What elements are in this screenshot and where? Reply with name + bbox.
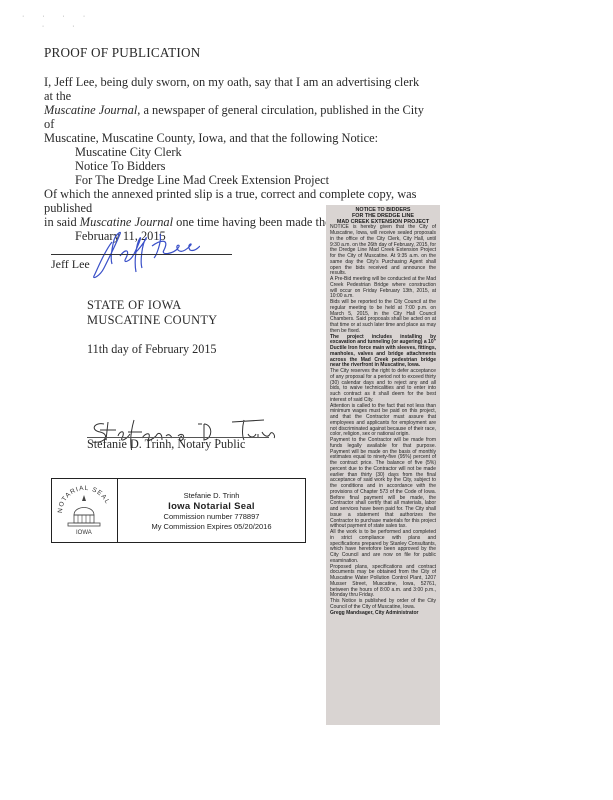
seal-expiration: My Commission Expires 05/20/2016: [118, 522, 305, 532]
affiant-signature-line: [51, 254, 232, 255]
county-name: MUSCATINE COUNTY: [87, 313, 217, 328]
notary-printed-name: Stefanie D. Trinh, Notary Public: [87, 437, 245, 452]
notice-line: Notice To Bidders: [44, 159, 424, 173]
newspaper-name: Muscatine Journal: [80, 215, 173, 229]
affidavit-line-3: Muscatine, Muscatine County, Iowa, and t…: [44, 131, 424, 145]
affidavit-line-1: I, Jeff Lee, being duly sworn, on my oat…: [44, 75, 424, 103]
state-name: STATE OF IOWA: [87, 298, 217, 313]
clipping-paragraph: The City reserves the right to defer acc…: [330, 369, 436, 404]
notice-line: Muscatine City Clerk: [44, 145, 424, 159]
scan-artifacts: · · · · · ·: [22, 12, 93, 32]
seal-details: Stefanie D. Trinh Iowa Notarial Seal Com…: [118, 479, 305, 542]
seal-notary-name: Stefanie D. Trinh: [118, 491, 305, 501]
jurisdiction: STATE OF IOWA MUSCATINE COUNTY: [87, 298, 217, 328]
clipping-paragraph: Attention is called to the fact that not…: [330, 404, 436, 439]
clipping-heading: NOTICE TO BIDDERS FOR THE DREDGE LINE MA…: [330, 208, 436, 225]
newspaper-clipping: NOTICE TO BIDDERS FOR THE DREDGE LINE MA…: [326, 205, 440, 725]
document-title: PROOF OF PUBLICATION: [44, 45, 200, 61]
notarization-date: 11th day of February 2015: [87, 342, 217, 357]
clipping-paragraph: A Pre-Bid meeting will be conducted at t…: [330, 277, 436, 300]
affiant-name: Jeff Lee: [51, 257, 90, 272]
notice-line: For The Dredge Line Mad Creek Extension …: [44, 173, 424, 187]
clipping-paragraph: All the work is to be performed and comp…: [330, 530, 436, 565]
clipping-paragraph: This Notice is published by order of the…: [330, 599, 436, 611]
seal-ring-bottom: IOWA: [76, 530, 92, 536]
clipping-paragraph: NOTICE is hereby given that the City of …: [330, 225, 436, 277]
clipping-paragraph: Bids will be reported to the City Counci…: [330, 300, 436, 335]
seal-commission-number: Commission number 778897: [118, 512, 305, 522]
seal-heading: Iowa Notarial Seal: [118, 501, 305, 512]
notarial-seal-stamp: NOTARIAL SEAL IOWA Stefanie D. Trinh Iow…: [51, 478, 306, 543]
capitol-seal-icon: NOTARIAL SEAL IOWA: [52, 479, 118, 542]
affidavit-line-2: Muscatine Journal, a newspaper of genera…: [44, 103, 424, 131]
clipping-paragraph: Payment to the Contractor will be made f…: [330, 438, 436, 530]
clipping-paragraph: The project includes installing by excav…: [330, 335, 436, 370]
clipping-paragraph: Proposed plans, specifications and contr…: [330, 565, 436, 600]
clipping-signoff: Gregg Mandsager, City Administrator: [330, 611, 436, 617]
newspaper-name: Muscatine Journal: [44, 103, 137, 117]
